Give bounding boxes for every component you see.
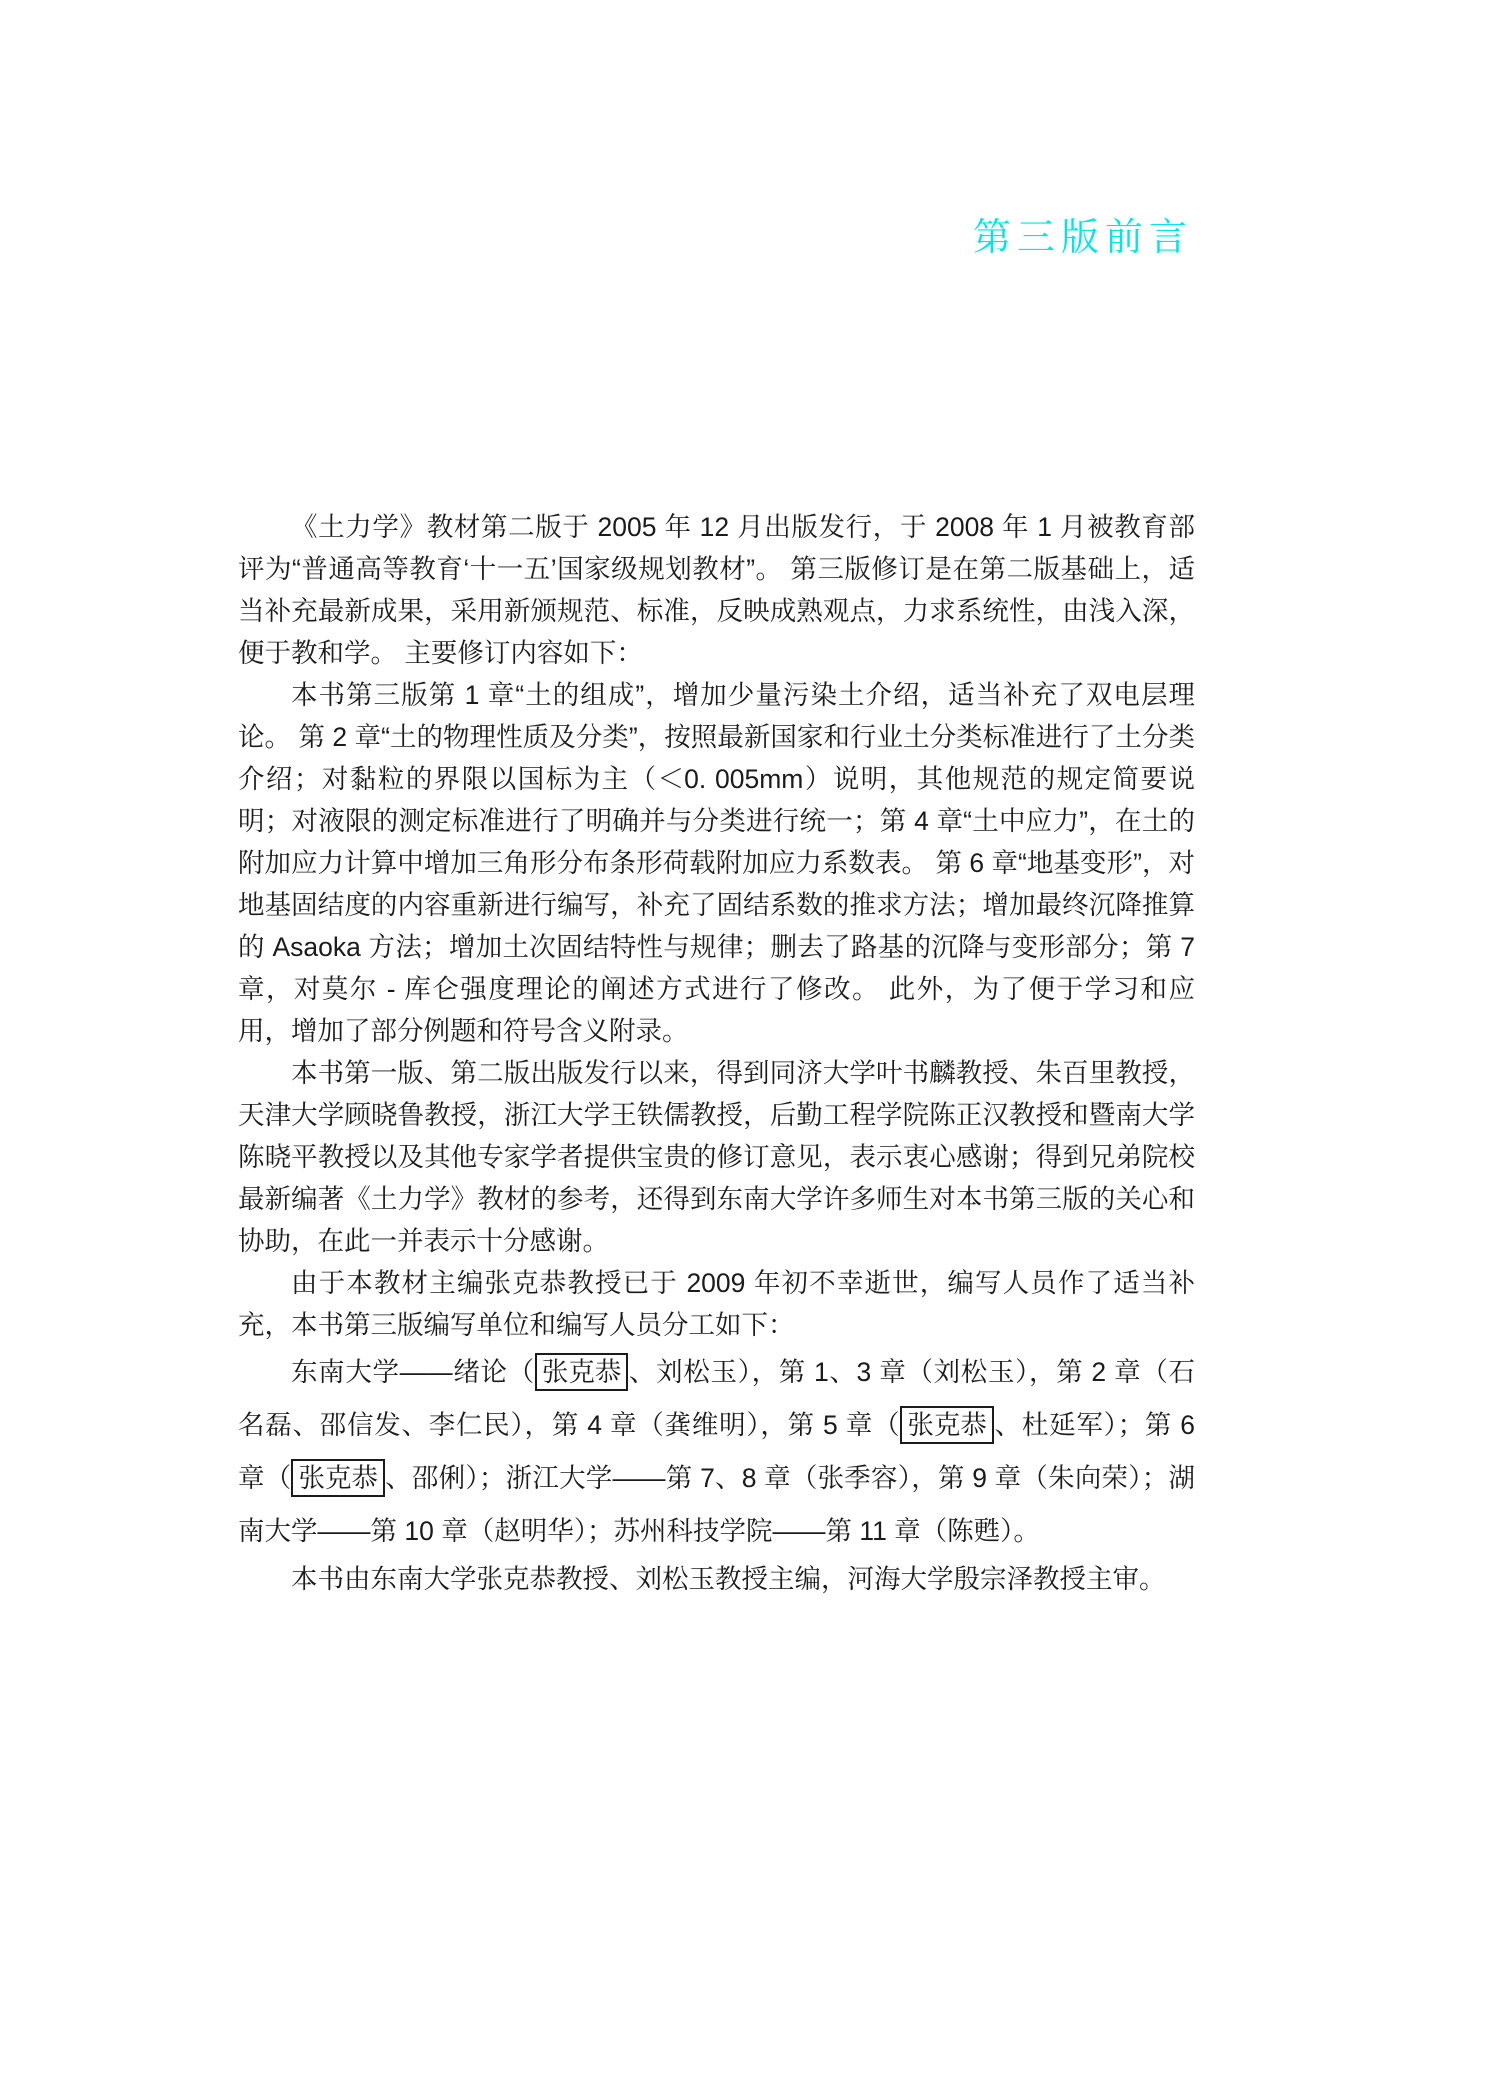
page-title: 第三版前言 — [973, 206, 1193, 261]
preface-paragraph-3: 本书第一版、第二版出版发行以来，得到同济大学叶书麟教授、朱百里教授，天津大学顾晓… — [238, 1052, 1195, 1262]
closing-paragraph: 本书由东南大学张克恭教授、刘松玉教授主编，河海大学殷宗泽教授主审。 — [238, 1558, 1195, 1600]
preface-body: 《土力学》教材第二版于 2005 年 12 月出版发行，于 2008 年 1 月… — [238, 506, 1195, 1600]
deceased-name-box: 张克恭 — [535, 1353, 629, 1391]
preface-paragraph-2: 本书第三版第 1 章“土的组成”，增加少量污染土介绍，适当补充了双电层理论。 第… — [238, 674, 1195, 1052]
preface-paragraph-1: 《土力学》教材第二版于 2005 年 12 月出版发行，于 2008 年 1 月… — [238, 506, 1195, 674]
preface-paragraph-4: 由于本教材主编张克恭教授已于 2009 年初不幸逝世，编写人员作了适当补充，本书… — [238, 1262, 1195, 1346]
deceased-name-box: 张克恭 — [900, 1406, 994, 1444]
contributors-paragraph: 东南大学——绪论（张克恭、刘松玉），第 1、3 章（刘松玉），第 2 章（石名磊… — [238, 1346, 1195, 1558]
scanned-book-page: 第三版前言 《土力学》教材第二版于 2005 年 12 月出版发行，于 2008… — [0, 0, 1497, 2097]
contributors-text-segment: 东南大学——绪论（ — [291, 1357, 535, 1387]
deceased-name-box: 张克恭 — [291, 1459, 385, 1497]
